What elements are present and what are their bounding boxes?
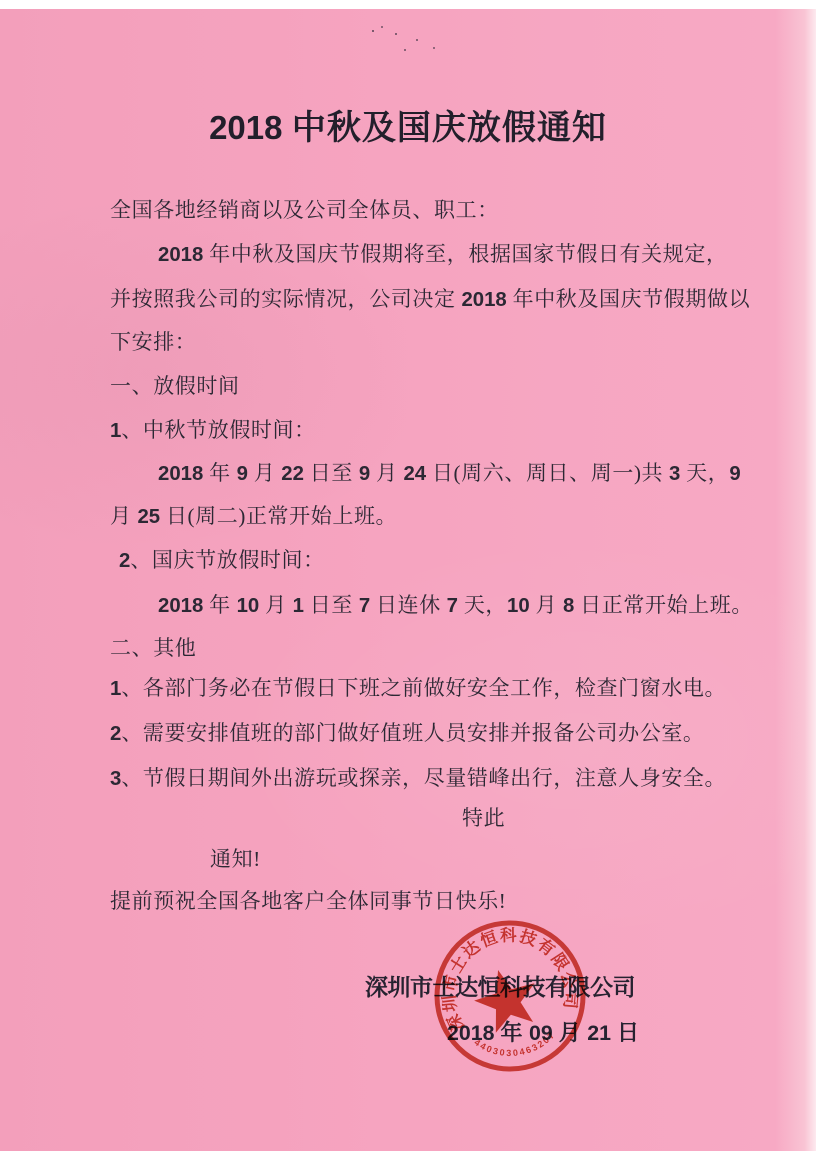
section2-heading: 二、其他 — [110, 632, 196, 662]
star-icon — [468, 961, 545, 1036]
item2-line-1: 2018 年 10 月 1 日至 7 日连休 7 天，10 月 8 日正常开始上… — [158, 589, 753, 619]
intro-line-1: 2018 年中秋及国庆节假期将至，根据国家节假日有关规定， — [158, 238, 728, 268]
item1-line-1: 2018 年 9 月 22 日至 9 月 24 日(周六、周日、周一)共 3 天… — [158, 457, 741, 487]
item2-heading: 2、国庆节放假时间： — [119, 544, 325, 574]
other-item-2: 2、需要安排值班的部门做好值班人员安排并报备公司办公室。 — [110, 717, 705, 747]
scanned-notice-page: 2018 中秋及国庆放假通知 全国各地经销商以及公司全体员、职工： 2018 年… — [0, 0, 816, 1169]
closing-tongzhi: 通知! — [210, 843, 261, 873]
scan-dust-speckles — [372, 30, 374, 32]
wish-line: 提前预祝全国各地客户全体同事节日快乐! — [110, 885, 506, 915]
company-seal-stamp: 深圳市士达恒科技有限公司 4403030463207 — [409, 895, 611, 1097]
intro-line-3: 下安排： — [110, 326, 196, 356]
intro-line-2: 并按照我公司的实际情况，公司决定 2018 年中秋及国庆节假期做以 — [110, 283, 750, 313]
other-item-3: 3、节假日期间外出游玩或探亲，尽量错峰出行，注意人身安全。 — [110, 762, 726, 792]
item1-heading: 1、中秋节放假时间： — [110, 414, 316, 444]
salutation-line: 全国各地经销商以及公司全体员、职工： — [110, 194, 499, 224]
closing-teci: 特此 — [462, 802, 505, 832]
section1-heading: 一、放假时间 — [110, 370, 240, 400]
notice-title: 2018 中秋及国庆放假通知 — [0, 100, 816, 149]
item1-line-2: 月 25 日(周二)正常开始上班。 — [110, 500, 397, 530]
other-item-1: 1、各部门务必在节假日下班之前做好安全工作，检查门窗水电。 — [110, 672, 726, 702]
